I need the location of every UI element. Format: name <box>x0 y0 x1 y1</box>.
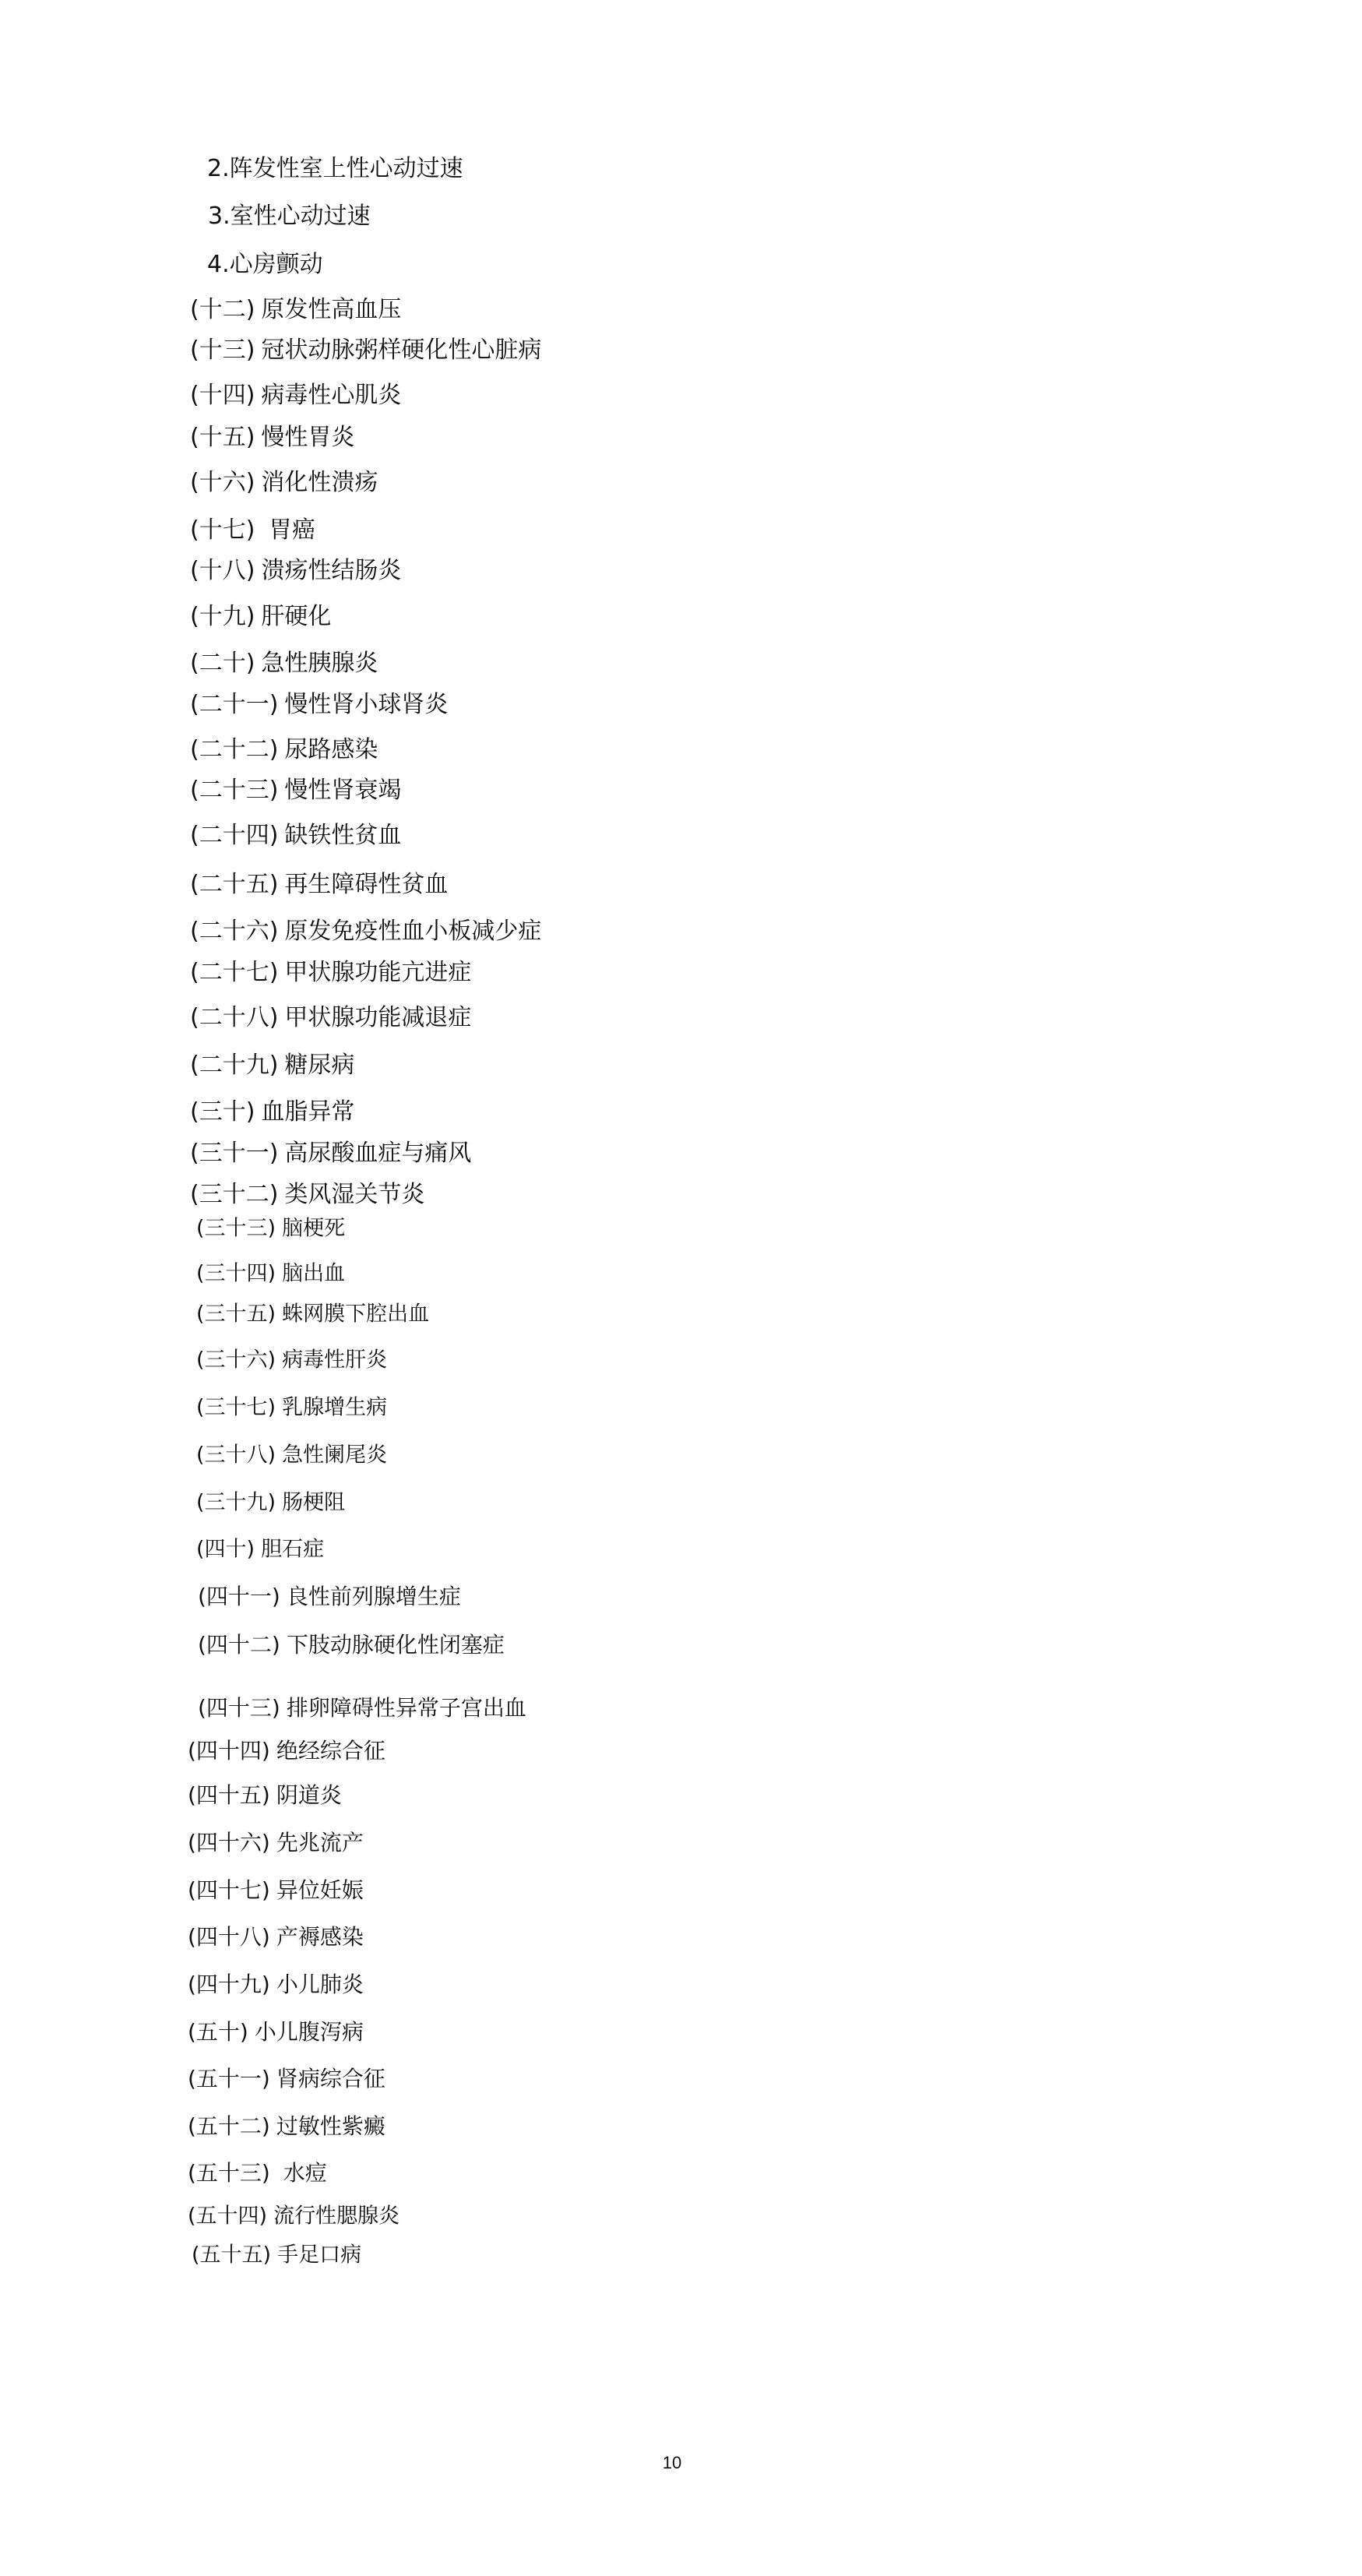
list-item: 4.心房颤动 <box>207 253 323 277</box>
item-text: 肾病综合征 <box>276 2066 385 2091</box>
list-item: (三十九)肠梗阻 <box>196 1492 345 1514</box>
list-item: (四十六)先兆流产 <box>188 1832 364 1854</box>
list-item: (三十)血脂异常 <box>190 1101 354 1124</box>
item-number: (四十五) <box>188 1782 270 1808</box>
list-item: (三十五)蛛网膜下腔出血 <box>196 1304 429 1325</box>
item-text: 糖尿病 <box>284 1052 354 1079</box>
item-number: (二十三) <box>190 777 278 804</box>
item-text: 绝经综合征 <box>276 1738 385 1764</box>
item-number: (四十九) <box>188 1972 270 1997</box>
list-item: (三十四)脑出血 <box>196 1263 345 1284</box>
item-number: (二十五) <box>190 871 278 898</box>
item-number: (五十) <box>188 2019 248 2045</box>
item-text: 过敏性紫癜 <box>276 2113 385 2139</box>
list-item: (十七) 胃癌 <box>190 519 315 542</box>
item-text: 溃疡性结肠炎 <box>261 557 401 584</box>
item-text: 蛛网膜下腔出血 <box>282 1302 429 1327</box>
list-item: (二十八)甲状腺功能减退症 <box>190 1006 471 1030</box>
list-item: (二十六)原发免疫性血小板减少症 <box>190 920 541 943</box>
item-number: (四十三) <box>198 1695 280 1721</box>
list-item: (四十五)阴道炎 <box>188 1785 342 1806</box>
item-number: (三十) <box>190 1098 255 1126</box>
list-item: (五十五)手足口病 <box>192 2245 361 2266</box>
item-text: 甲状腺功能亢进症 <box>284 959 471 986</box>
list-item: (三十三)脑梗死 <box>196 1218 345 1239</box>
list-item: (四十八)产褥感染 <box>188 1926 364 1948</box>
item-number: (十八) <box>190 557 255 584</box>
item-text: 肠梗阻 <box>282 1491 345 1515</box>
item-number: (三十一) <box>190 1140 278 1167</box>
list-item: (四十二)下肢动脉硬化性闭塞症 <box>198 1634 505 1656</box>
item-text: 甲状腺功能减退症 <box>284 1004 471 1031</box>
item-text: 急性阑尾炎 <box>282 1443 387 1468</box>
item-text: 乳腺增生病 <box>282 1396 387 1420</box>
item-text: 小儿腹泻病 <box>255 2019 364 2045</box>
item-text: 消化性溃疡 <box>261 469 378 496</box>
list-item: (四十)胆石症 <box>196 1539 324 1560</box>
item-number: (二十一) <box>190 691 278 718</box>
item-text: 产褥感染 <box>276 1924 364 1950</box>
item-number: (三十四) <box>196 1262 276 1286</box>
list-item: (四十一)良性前列腺增生症 <box>198 1586 461 1608</box>
item-number: (十四) <box>190 382 255 409</box>
list-item: 2.阵发性室上性心动过速 <box>207 157 463 181</box>
list-item: (十六)消化性溃疡 <box>190 471 378 495</box>
list-item: 3.室性心动过速 <box>208 205 371 228</box>
item-number: (四十) <box>196 1538 255 1562</box>
list-item: (五十四)流行性腮腺炎 <box>188 2206 399 2227</box>
item-number: (三十二) <box>190 1181 278 1208</box>
item-number: (五十二) <box>188 2113 270 2139</box>
item-number: (十五) <box>190 424 255 451</box>
item-number: (十七) <box>190 516 255 544</box>
list-item: (三十七)乳腺增生病 <box>196 1397 387 1418</box>
list-item: (四十四)绝经综合征 <box>188 1740 385 1762</box>
item-number: (二十七) <box>190 959 278 986</box>
item-number: (四十四) <box>188 1738 270 1764</box>
item-text: 良性前列腺增生症 <box>287 1584 461 1609</box>
list-item: (三十六)病毒性肝炎 <box>196 1350 387 1371</box>
item-number: (五十四) <box>188 2204 267 2229</box>
item-text: 冠状动脉粥样硬化性心脏病 <box>261 337 541 364</box>
item-text: 胆石症 <box>261 1538 324 1562</box>
list-item: (四十九)小儿肺炎 <box>188 1974 364 1996</box>
list-item: (三十八)急性阑尾炎 <box>196 1445 387 1466</box>
item-text: 血脂异常 <box>261 1098 354 1126</box>
item-number: (五十五) <box>192 2243 271 2268</box>
item-text: 病毒性肝炎 <box>282 1348 387 1373</box>
list-item: (二十七)甲状腺功能亢进症 <box>190 961 471 985</box>
item-number: (二十二) <box>190 736 278 763</box>
list-item: (四十三)排卵障碍性异常子宫出血 <box>198 1697 526 1719</box>
item-text: 小儿肺炎 <box>276 1972 364 1997</box>
item-number: (十六) <box>190 469 255 496</box>
item-text: 原发性高血压 <box>261 296 401 323</box>
page-number: 10 <box>663 2453 681 2473</box>
item-number: (三十六) <box>196 1348 276 1373</box>
item-text: 原发免疫性血小板减少症 <box>284 918 541 945</box>
item-text: 室性心动过速 <box>231 203 371 230</box>
item-text: 缺铁性贫血 <box>284 822 401 849</box>
list-item: (二十五)再生障碍性贫血 <box>190 873 448 897</box>
item-number: (四十二) <box>198 1632 280 1658</box>
item-text: 流行性腮腺炎 <box>273 2204 399 2229</box>
item-number: (三十三) <box>196 1217 276 1241</box>
item-text: 手足口病 <box>277 2243 361 2268</box>
list-item: (二十三)慢性肾衰竭 <box>190 779 401 802</box>
item-number: (四十八) <box>188 1924 270 1950</box>
item-number: (四十一) <box>198 1584 280 1609</box>
list-item: (三十二)类风湿关节炎 <box>190 1183 424 1207</box>
item-number: 2. <box>207 155 230 182</box>
item-text: 慢性肾衰竭 <box>284 777 401 804</box>
list-item: (十八)溃疡性结肠炎 <box>190 559 401 583</box>
list-item: (十三)冠状动脉粥样硬化性心脏病 <box>190 339 541 362</box>
item-text: 病毒性心肌炎 <box>261 382 401 409</box>
list-item: (十九)肝硬化 <box>190 605 331 629</box>
item-number: (三十九) <box>196 1491 276 1515</box>
item-number: (十三) <box>190 337 255 364</box>
item-number: 4. <box>207 251 230 278</box>
item-number: (三十七) <box>196 1396 276 1420</box>
item-text: 先兆流产 <box>276 1830 364 1855</box>
item-text: 胃癌 <box>261 516 315 544</box>
item-text: 阴道炎 <box>276 1782 342 1808</box>
item-number: (十九) <box>190 603 255 630</box>
list-item: (二十四)缺铁性贫血 <box>190 824 401 848</box>
item-number: (二十四) <box>190 822 278 849</box>
list-item: (十五)慢性胃炎 <box>190 426 354 449</box>
item-text: 脑出血 <box>282 1262 345 1286</box>
item-text: 急性胰腺炎 <box>261 650 378 677</box>
item-number: (二十九) <box>190 1052 278 1079</box>
item-text: 异位妊娠 <box>276 1877 364 1903</box>
item-number: (三十五) <box>196 1302 276 1327</box>
item-text: 下肢动脉硬化性闭塞症 <box>287 1632 505 1658</box>
item-text: 慢性肾小球肾炎 <box>284 691 448 718</box>
item-text: 类风湿关节炎 <box>284 1181 424 1208</box>
item-number: 3. <box>208 203 231 230</box>
item-number: (五十一) <box>188 2066 270 2091</box>
item-text: 再生障碍性贫血 <box>284 871 448 898</box>
item-number: (四十七) <box>188 1877 270 1903</box>
item-text: 慢性胃炎 <box>261 424 354 451</box>
list-item: (五十)小儿腹泻病 <box>188 2021 364 2043</box>
item-number: (四十六) <box>188 1830 270 1855</box>
item-number: (十二) <box>190 296 255 323</box>
list-item: (五十二)过敏性紫癜 <box>188 2116 385 2137</box>
list-item: (十四)病毒性心肌炎 <box>190 384 401 407</box>
item-text: 水痘 <box>276 2160 327 2186</box>
list-item: (五十一)肾病综合征 <box>188 2068 385 2090</box>
list-item: (二十一)慢性肾小球肾炎 <box>190 693 448 717</box>
item-number: (三十八) <box>196 1443 276 1468</box>
list-item: (十二)原发性高血压 <box>190 298 401 322</box>
item-number: (二十六) <box>190 918 278 945</box>
item-number: (二十) <box>190 650 255 677</box>
document-page: 2.阵发性室上性心动过速3.室性心动过速4.心房颤动(十二)原发性高血压(十三)… <box>0 0 1362 2576</box>
item-text: 高尿酸血症与痛风 <box>284 1140 471 1167</box>
item-text: 排卵障碍性异常子宫出血 <box>287 1695 526 1721</box>
item-text: 阵发性室上性心动过速 <box>230 155 463 182</box>
list-item: (三十一)高尿酸血症与痛风 <box>190 1142 471 1165</box>
list-item: (二十九)糖尿病 <box>190 1054 354 1077</box>
list-item: (五十三) 水痘 <box>188 2162 327 2184</box>
item-text: 尿路感染 <box>284 736 378 763</box>
item-text: 脑梗死 <box>282 1217 345 1241</box>
item-number: (二十八) <box>190 1004 278 1031</box>
list-item: (二十)急性胰腺炎 <box>190 652 378 675</box>
item-text: 肝硬化 <box>261 603 331 630</box>
list-item: (二十二)尿路感染 <box>190 738 378 762</box>
list-item: (四十七)异位妊娠 <box>188 1880 364 1901</box>
item-number: (五十三) <box>188 2160 270 2186</box>
item-text: 心房颤动 <box>230 251 323 278</box>
